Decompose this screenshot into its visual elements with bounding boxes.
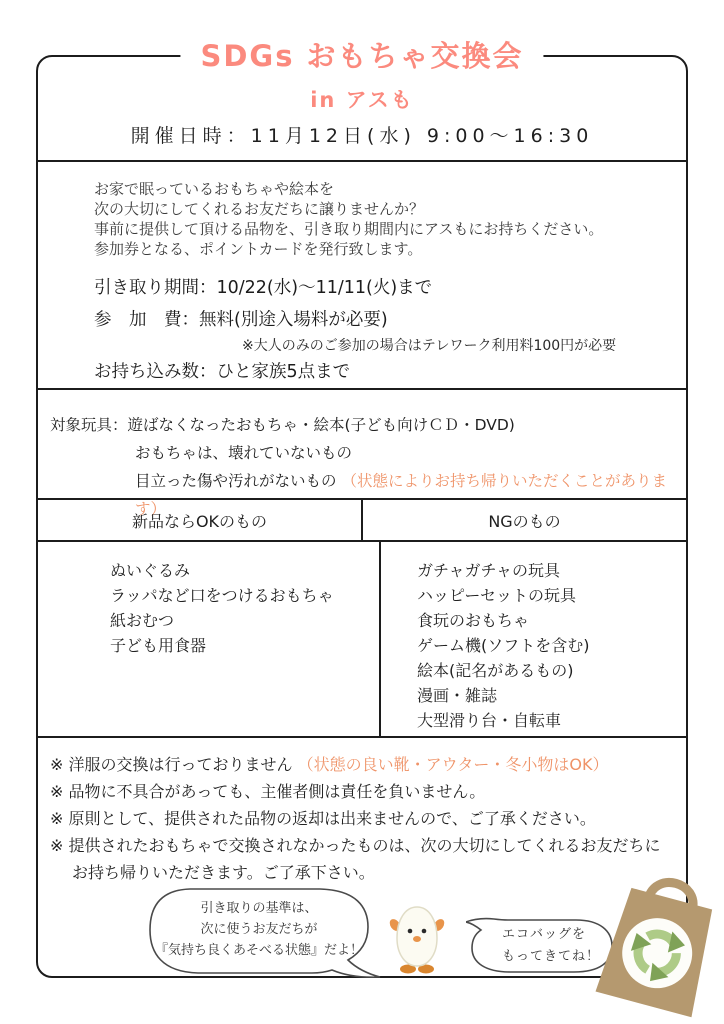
note-clothes: ※ 洋服の交換は行っておりません （状態の良い靴・アウター・冬小物はOK）	[50, 751, 678, 778]
list-item: ラッパなど口をつけるおもちゃ	[110, 583, 379, 608]
participation-fee: 参 加 費：無料(別途入場料が必要)	[94, 304, 676, 336]
intro-section: お家で眠っているおもちゃや絵本を 次の大切にしてくれるお友だちに譲りませんか？ …	[38, 162, 686, 390]
note-unexchanged-2: お持ち帰りいただきます。ご了承下さい。	[50, 859, 678, 886]
rice-mascot-svg	[386, 898, 448, 976]
ok-items-cell: ぬいぐるみラッパなど口をつけるおもちゃ紙おむつ子ども用食器	[38, 542, 381, 736]
target-line-1: 対象玩具：遊ばなくなったおもちゃ・絵本(子ども向けＣＤ・DVD)	[50, 411, 678, 439]
pickup-period: 引き取り期間：10/22(水)～11/11(火)まで	[94, 272, 676, 304]
notes-section: ※ 洋服の交換は行っておりません （状態の良い靴・アウター・冬小物はOK） ※ …	[38, 738, 686, 976]
list-item: ぬいぐるみ	[110, 558, 379, 583]
bubble-left-text: 引き取りの基準は、 次に使うお友だちが 『気持ち良くあそべる状態』だよ！	[150, 898, 368, 961]
column-header-ok: 新品ならOKのもの	[38, 500, 363, 540]
note-liability: ※ 品物に不具合があっても、主催者側は責任を負いません。	[50, 778, 678, 805]
intro-line: 事前に提供して頂ける品物を、引き取り期間内にアスもにお持ちください。	[94, 219, 676, 239]
intro-line: 参加券となる、ポイントカードを発行致します。	[94, 239, 676, 259]
fee-note: ※大人のみのご参加の場合はテレワーク利用料100円が必要	[242, 336, 676, 356]
note-unexchanged-1: ※ 提供されたおもちゃで交換されなかったものは、次の大切にしてくれるお友だちに	[50, 832, 678, 859]
flyer-outer-box: SDGs おもちゃ交換会 in アスも 開催日時：11月12日(水) 9:00～…	[36, 55, 688, 978]
rice-mascot-icon	[386, 898, 448, 976]
note-no-return: ※ 原則として、提供された品物の返却は出来ませんので、ご了承ください。	[50, 805, 678, 832]
list-item: 絵本(記名があるもの)	[417, 658, 686, 683]
event-date-line: 開催日時：11月12日(水) 9:00～16:30	[38, 121, 686, 148]
table-header-row: 新品ならOKのもの NGのもの	[38, 500, 686, 542]
list-item: ガチャガチャの玩具	[417, 558, 686, 583]
list-item: 食玩のおもちゃ	[417, 608, 686, 633]
event-details: 引き取り期間：10/22(水)～11/11(火)まで 参 加 費：無料(別途入場…	[94, 272, 676, 388]
list-item: 子ども用食器	[110, 633, 379, 658]
list-item: ゲーム機(ソフトを含む)	[417, 633, 686, 658]
flyer-page: SDGs おもちゃ交換会 in アスも 開催日時：11月12日(水) 9:00～…	[0, 0, 724, 1024]
bubble-right-text: エコバッグを もってきてね！	[502, 924, 600, 968]
list-item: ハッピーセットの玩具	[417, 583, 686, 608]
speech-bubble-left: 引き取りの基準は、 次に使うお友だちが 『気持ち良くあそべる状態』だよ！	[144, 885, 384, 981]
list-item: 大型滑り台・自転車	[417, 708, 686, 733]
clothes-exception-note: （状態の良い靴・アウター・冬小物はOK）	[298, 755, 609, 774]
page-title: SDGs おもちゃ交換会	[180, 34, 543, 75]
intro-line: 次の大切にしてくれるお友だちに譲りませんか？	[94, 199, 676, 219]
intro-line: お家で眠っているおもちゃや絵本を	[94, 179, 676, 199]
target-line-2: おもちゃは、壊れていないもの	[50, 439, 678, 467]
table-body-row: ぬいぐるみラッパなど口をつけるおもちゃ紙おむつ子ども用食器 ガチャガチャの玩具ハ…	[38, 542, 686, 736]
target-label: 対象玩具：	[50, 416, 128, 434]
item-limit: お持ち込み数：ひと家族5点まで	[94, 356, 676, 388]
column-header-ng: NGのもの	[363, 500, 686, 540]
list-item: 漫画・雑誌	[417, 683, 686, 708]
ng-items-cell: ガチャガチャの玩具ハッピーセットの玩具食玩のおもちゃゲーム機(ソフトを含む)絵本…	[381, 542, 686, 736]
list-item: 紙おむつ	[110, 608, 379, 633]
title-section: SDGs おもちゃ交換会 in アスも 開催日時：11月12日(水) 9:00～…	[38, 57, 686, 162]
target-toys-section: 対象玩具：遊ばなくなったおもちゃ・絵本(子ども向けＣＤ・DVD) おもちゃは、壊…	[38, 390, 686, 500]
ok-ng-table: 新品ならOKのもの NGのもの ぬいぐるみラッパなど口をつけるおもちゃ紙おむつ子…	[38, 500, 686, 738]
